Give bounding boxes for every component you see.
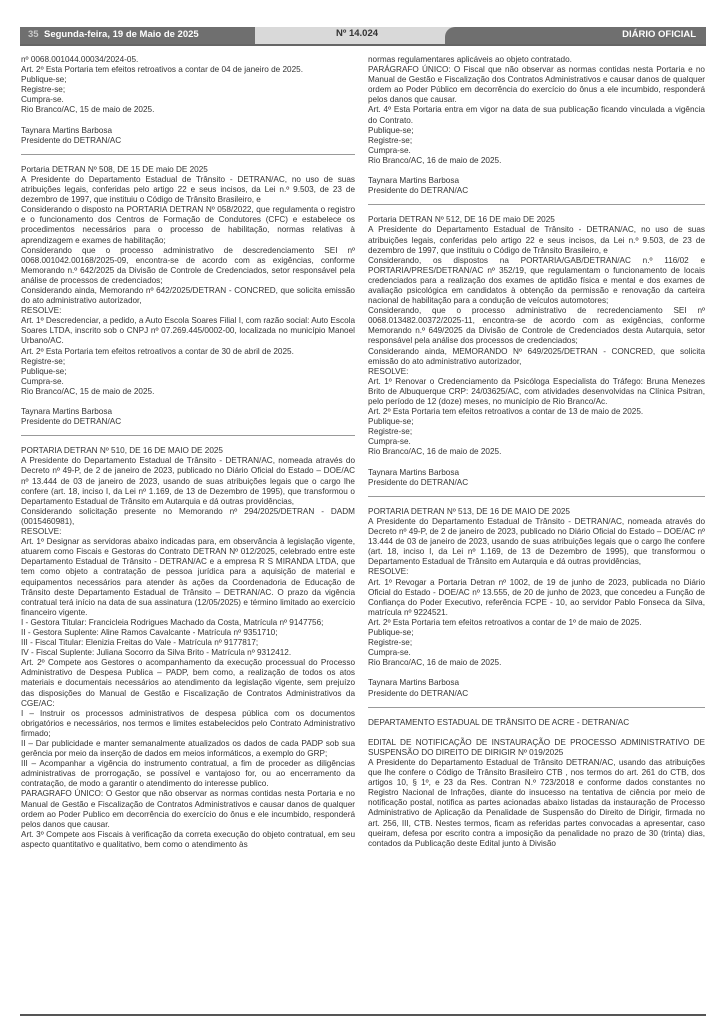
- paragraph: Taynara Martins Barbosa: [21, 407, 355, 417]
- document-block: PORTARIA DETRAN Nº 513, DE 16 DE MAIO DE…: [368, 507, 705, 699]
- paragraph: [368, 166, 705, 176]
- paragraph: Art. 2º Esta Portaria tem efeitos retroa…: [21, 347, 355, 357]
- paragraph: Art. 1º Designar as servidoras abaixo in…: [21, 537, 355, 618]
- paragraph: Publique-se;: [368, 417, 705, 427]
- paragraph: Considerando que o processo administrati…: [21, 246, 355, 286]
- page-number: 35: [28, 29, 39, 40]
- paragraph: Registre-se;: [368, 638, 705, 648]
- paragraph: Rio Branco/AC, 16 de maio de 2025.: [368, 658, 705, 668]
- paragraph: Art. 3º Compete aos Fiscais à verificaçã…: [21, 830, 355, 850]
- paragraph: Art. 4º Esta Portaria entra em vigor na …: [368, 105, 705, 125]
- paragraph: Considerando o disposto na PORTARIA DETR…: [21, 205, 355, 245]
- section-divider: [21, 154, 355, 155]
- paragraph: Taynara Martins Barbosa: [21, 126, 355, 136]
- paragraph: Portaria DETRAN Nº 508, DE 15 DE maio DE…: [21, 165, 355, 175]
- header-right-band: DIÁRIO OFICIAL: [445, 27, 706, 44]
- section-divider: [368, 204, 705, 205]
- paragraph: Art. 2º Esta Portaria tem efeitos retroa…: [368, 407, 705, 417]
- paragraph: RESOLVE:: [368, 567, 705, 577]
- section-divider: [368, 707, 705, 708]
- paragraph: Publique-se;: [21, 75, 355, 85]
- paragraph: Cumpra-se.: [21, 377, 355, 387]
- paragraph: [21, 116, 355, 126]
- document-block: nº 0068.001044.00034/2024-05.Art. 2º Est…: [21, 55, 355, 146]
- paragraph: Rio Branco/AC, 15 de maio de 2025.: [21, 387, 355, 397]
- paragraph: Registre-se;: [21, 85, 355, 95]
- paragraph: II - Gestora Suplente: Aline Ramos Caval…: [21, 628, 355, 638]
- paragraph: Presidente do DETRAN/AC: [368, 689, 705, 699]
- paragraph: I - Gestora Titular: Francicleia Rodrigu…: [21, 618, 355, 628]
- paragraph: Portaria DETRAN Nº 512, DE 16 DE maio DE…: [368, 215, 705, 225]
- paragraph: RESOLVE:: [368, 367, 705, 377]
- paragraph: III - Fiscal Titular: Elenizia Freitas d…: [21, 638, 355, 648]
- paragraph: Presidente do DETRAN/AC: [21, 136, 355, 146]
- edition-number: Nº 14.024: [336, 28, 378, 39]
- paragraph: Art. 1º Descredenciar, a pedido, a Auto …: [21, 316, 355, 346]
- paragraph: Art. 1º Renovar o Credenciamento da Psic…: [368, 377, 705, 407]
- paragraph: Presidente do DETRAN/AC: [368, 186, 705, 196]
- paragraph: Taynara Martins Barbosa: [368, 678, 705, 688]
- paragraph: Cumpra-se.: [368, 648, 705, 658]
- document-block: Portaria DETRAN Nº 512, DE 16 DE maio DE…: [368, 215, 705, 488]
- paragraph: RESOLVE:: [21, 306, 355, 316]
- paragraph: II – Dar publicidade e manter semanalmen…: [21, 739, 355, 759]
- paragraph: Art. 1º Revogar a Portaria Detran nº 100…: [368, 578, 705, 618]
- paragraph: RESOLVE:: [21, 527, 355, 537]
- paragraph: Registre-se;: [368, 136, 705, 146]
- paragraph: Cumpra-se.: [368, 146, 705, 156]
- paragraph: Rio Branco/AC, 15 de maio de 2025.: [21, 105, 355, 115]
- footer-divider: [20, 1014, 706, 1016]
- document-block: Portaria DETRAN Nº 508, DE 15 DE maio DE…: [21, 165, 355, 427]
- paragraph: Taynara Martins Barbosa: [368, 176, 705, 186]
- header-divider: [20, 44, 706, 46]
- paragraph: Art. 2º Esta Portaria tem efeitos retroa…: [21, 65, 355, 75]
- paragraph: DEPARTAMENTO ESTADUAL DE TRÂNSITO DE ACR…: [368, 718, 705, 728]
- paragraph: IV - Fiscal Suplente: Juliana Socorro da…: [21, 648, 355, 658]
- paragraph: Cumpra-se.: [21, 95, 355, 105]
- section-divider: [21, 435, 355, 436]
- paragraph: Art. 2º Compete aos Gestores o acompanha…: [21, 658, 355, 708]
- paragraph: A Presidente do Departamento Estadual de…: [21, 456, 355, 506]
- paragraph: PARÁGRAFO ÚNICO: O Fiscal que não observ…: [368, 65, 705, 105]
- document-block: DEPARTAMENTO ESTADUAL DE TRÂNSITO DE ACR…: [368, 718, 705, 849]
- paragraph: III – Acompanhar a vigência do instrumen…: [21, 759, 355, 789]
- paragraph: Publique-se;: [21, 367, 355, 377]
- paragraph: Publique-se;: [368, 126, 705, 136]
- paragraph: Presidente do DETRAN/AC: [368, 478, 705, 488]
- paragraph: Cumpra-se.: [368, 437, 705, 447]
- paragraph: [21, 397, 355, 407]
- paragraph: A Presidente do Departamento Estadual de…: [368, 225, 705, 255]
- paragraph: Considerando solicitação presente no Mem…: [21, 507, 355, 527]
- paragraph: Considerando, os dispostos na PORTARIA/G…: [368, 256, 705, 306]
- publication-date: Segunda-feira, 19 de Maio de 2025: [44, 29, 199, 40]
- paragraph: Considerando ainda, Memorando nº 642/202…: [21, 286, 355, 306]
- paragraph: PARAGRAFO ÚNICO: O Gestor que não observ…: [21, 789, 355, 829]
- paragraph: [368, 458, 705, 468]
- paragraph: A Presidente do Departamento Estadual de…: [21, 175, 355, 205]
- paragraph: nº 0068.001044.00034/2024-05.: [21, 55, 355, 65]
- paragraph: PORTARIA DETRAN Nº 510, DE 16 DE MAIO DE…: [21, 446, 355, 456]
- paragraph: Art. 2º Esta Portaria tem efeitos retroa…: [368, 618, 705, 628]
- paragraph: Registre-se;: [21, 357, 355, 367]
- paragraph: Considerando, que o processo administrat…: [368, 306, 705, 346]
- paragraph: Considerando ainda, MEMORANDO Nº 649/202…: [368, 347, 705, 367]
- section-divider: [368, 496, 705, 497]
- left-column: nº 0068.001044.00034/2024-05.Art. 2º Est…: [21, 55, 355, 850]
- paragraph: Publique-se;: [368, 628, 705, 638]
- paragraph: Rio Branco/AC, 16 de maio de 2025.: [368, 447, 705, 457]
- document-block: PORTARIA DETRAN Nº 510, DE 16 DE MAIO DE…: [21, 446, 355, 850]
- paragraph: normas regulamentares aplicáveis ao obje…: [368, 55, 705, 65]
- paragraph: A Presidente do Departamento Estadual de…: [368, 758, 705, 849]
- paragraph: I – Instruir os processos administrativo…: [21, 709, 355, 739]
- paragraph: Taynara Martins Barbosa: [368, 468, 705, 478]
- paragraph: Registre-se;: [368, 427, 705, 437]
- document-block: normas regulamentares aplicáveis ao obje…: [368, 55, 705, 196]
- publication-title: DIÁRIO OFICIAL: [622, 29, 696, 40]
- paragraph: EDITAL DE NOTIFICAÇÃO DE INSTAURAÇÃO DE …: [368, 738, 705, 758]
- paragraph: A Presidente do Departamento Estadual de…: [368, 517, 705, 567]
- header-left-band: 35 Segunda-feira, 19 de Maio de 2025: [20, 27, 265, 44]
- paragraph: Rio Branco/AC, 16 de maio de 2025.: [368, 156, 705, 166]
- right-column: normas regulamentares aplicáveis ao obje…: [368, 55, 705, 849]
- paragraph: [368, 668, 705, 678]
- paragraph: Presidente do DETRAN/AC: [21, 417, 355, 427]
- paragraph: PORTARIA DETRAN Nº 513, DE 16 DE MAIO DE…: [368, 507, 705, 517]
- page-header: 35 Segunda-feira, 19 de Maio de 2025 DIÁ…: [20, 27, 706, 44]
- paragraph: [368, 728, 705, 738]
